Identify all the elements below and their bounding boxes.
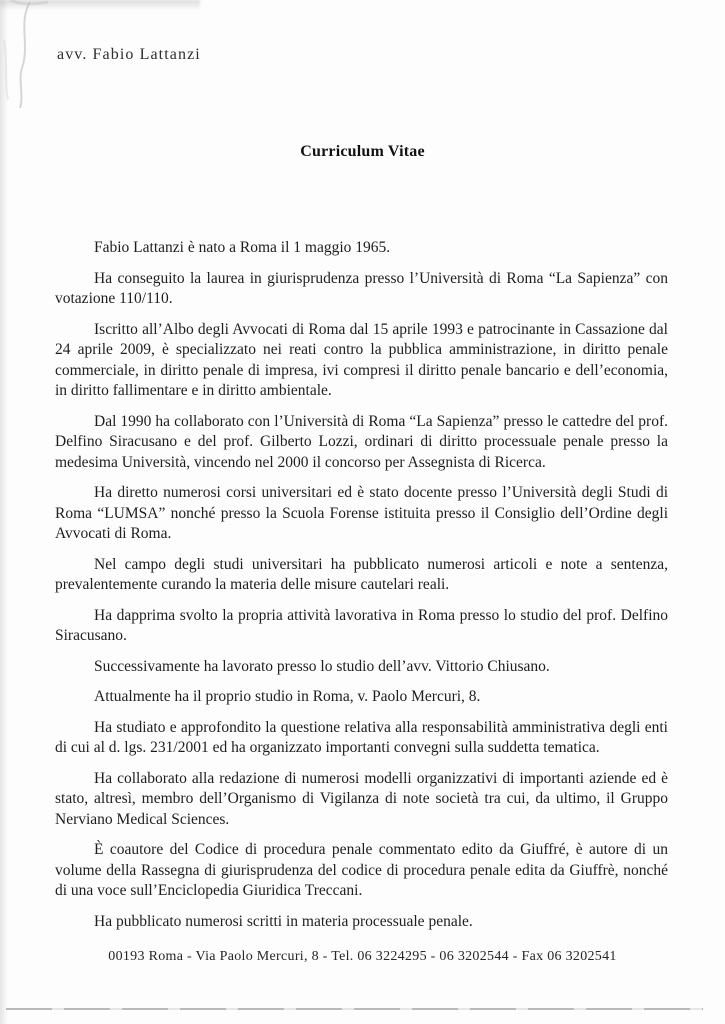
paragraph-teaching: Ha diretto numerosi corsi universitari e… (55, 483, 668, 545)
paragraph-writings: Ha pubblicato numerosi scritti in materi… (55, 912, 668, 933)
paragraph-birth: Fabio Lattanzi è nato a Roma il 1 maggio… (55, 238, 668, 259)
paragraph-publications-academic: Nel campo degli studi universitari ha pu… (55, 555, 668, 596)
paragraph-current-office: Attualmente ha il proprio studio in Roma… (55, 687, 668, 708)
document-title: Curriculum Vitae (0, 143, 725, 161)
paragraph-dlgs-231: Ha studiato e approfondito la questione … (55, 718, 668, 759)
paragraph-degree: Ha conseguito la laurea in giurisprudenz… (55, 269, 668, 310)
paragraph-coauthor: È coautore del Codice di procedura penal… (55, 840, 668, 902)
paragraph-vigilanza: Ha collaborato alla redazione di numeros… (55, 769, 668, 831)
scan-fold-crease-artifact (0, 0, 60, 110)
footer-contact-line: 00193 Roma - Via Paolo Mercuri, 8 - Tel.… (0, 949, 725, 965)
document-body: Fabio Lattanzi è nato a Roma il 1 maggio… (55, 238, 668, 942)
paragraph-first-job: Ha dapprima svolto la propria attività l… (55, 606, 668, 647)
scan-bottom-rule-artifact (6, 1008, 703, 1010)
scan-top-edge-smudge (0, 0, 200, 10)
letterhead-name: avv. Fabio Lattanzi (57, 46, 201, 64)
scanned-cv-page: avv. Fabio Lattanzi Curriculum Vitae Fab… (0, 0, 725, 1024)
paragraph-university-collaboration: Dal 1990 ha collaborato con l’Università… (55, 412, 668, 474)
paragraph-second-job: Successivamente ha lavorato presso lo st… (55, 657, 668, 678)
paragraph-bar-admission: Iscritto all’Albo degli Avvocati di Roma… (55, 320, 668, 402)
